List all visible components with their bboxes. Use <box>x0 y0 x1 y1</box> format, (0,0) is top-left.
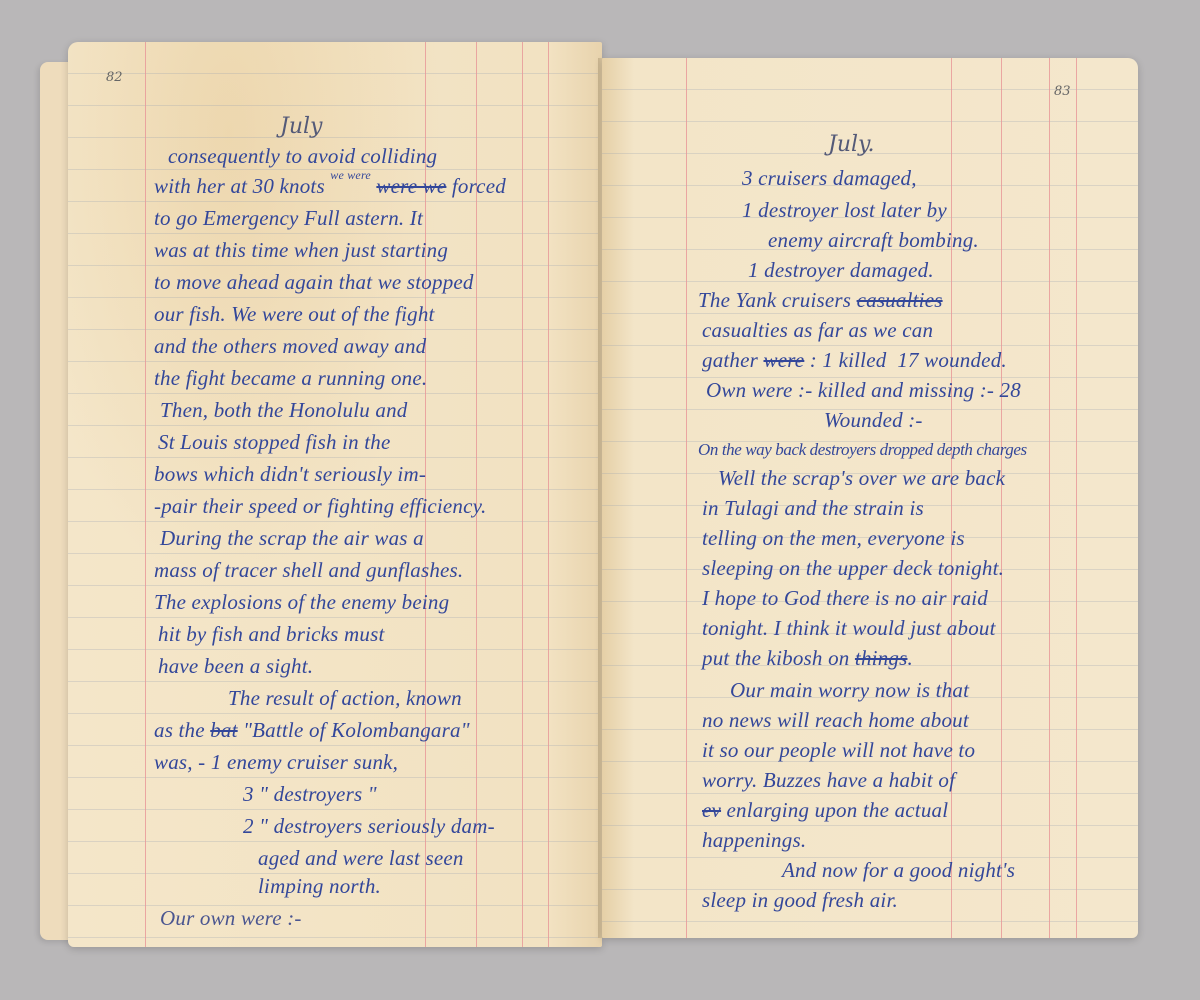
text-line: Our own were :- <box>160 902 302 934</box>
text-line: bows which didn't seriously im- <box>154 458 426 490</box>
text-line: Wounded :- <box>824 404 923 436</box>
text-line: enemy aircraft bombing. <box>768 224 979 256</box>
right-page: 83 July. 3 cruisers damaged, 1 destroyer… <box>602 58 1138 938</box>
column-rule <box>951 58 952 938</box>
text-line: -pair their speed or fighting efficiency… <box>154 490 486 522</box>
text-line: with her at 30 knots we were were we for… <box>154 170 506 205</box>
page-heading: July. <box>828 132 875 157</box>
text-line: St Louis stopped fish in the <box>158 426 391 458</box>
text-line: to go Emergency Full astern. It <box>154 202 423 234</box>
column-rule <box>522 42 523 947</box>
text-line: worry. Buzzes have a habit of <box>702 764 955 796</box>
text-line: The Yank cruisers casualties <box>698 284 943 316</box>
page-number: 83 <box>1054 84 1071 99</box>
text-line: sleeping on the upper deck tonight. <box>702 552 1004 584</box>
text-line: 2 " destroyers seriously dam- <box>243 810 495 842</box>
text-line: limping north. <box>258 870 381 902</box>
column-rule <box>548 42 549 947</box>
text-line: as the bat "Battle of Kolombangara" <box>154 714 470 746</box>
column-rule <box>1076 58 1077 938</box>
text-line: mass of tracer shell and gunflashes. <box>154 554 463 586</box>
text-line: Own were :- killed and missing :- 28 <box>706 374 1021 406</box>
margin-line <box>145 42 146 947</box>
text-line: Well the scrap's over we are back <box>718 462 1005 494</box>
text-line: 1 destroyer damaged. <box>748 254 934 286</box>
text-line: And now for a good night's <box>782 854 1015 886</box>
text-line: consequently to avoid colliding <box>168 140 437 172</box>
margin-line <box>686 58 687 938</box>
text-line: was at this time when just starting <box>154 234 448 266</box>
left-page: 82 July consequently to avoid colliding … <box>68 42 602 947</box>
page-heading: July <box>280 114 322 139</box>
text-line: 3 cruisers damaged, <box>742 162 917 194</box>
text-line: casualties as far as we can <box>702 314 933 346</box>
text-line: sleep in good fresh air. <box>702 884 898 916</box>
page-number: 82 <box>106 70 123 85</box>
column-rule <box>1001 58 1002 938</box>
text-line: and the others moved away and <box>154 330 426 362</box>
text-line: it so our people will not have to <box>702 734 975 766</box>
text-line: gather were : 1 killed 17 wounded. <box>702 344 1007 376</box>
text-line: happenings. <box>702 824 806 856</box>
text-line: tonight. I think it would just about <box>702 612 996 644</box>
text-line: no news will reach home about <box>702 704 969 736</box>
text-line: Our main worry now is that <box>730 674 969 706</box>
text-line: the fight became a running one. <box>154 362 427 394</box>
text-line: ev enlarging upon the actual <box>702 794 948 826</box>
text-line: 3 " destroyers " <box>243 778 377 810</box>
text-line: During the scrap the air was a <box>160 522 424 554</box>
text-line: in Tulagi and the strain is <box>702 492 924 524</box>
text-line: was, - 1 enemy cruiser sunk, <box>154 746 398 778</box>
column-rule <box>1049 58 1050 938</box>
text-line: I hope to God there is no air raid <box>702 582 988 614</box>
text-line: to move ahead again that we stopped <box>154 266 474 298</box>
text-line: have been a sight. <box>158 650 313 682</box>
text-line: put the kibosh on things. <box>702 642 913 674</box>
text-line: Then, both the Honolulu and <box>160 394 407 426</box>
text-line: hit by fish and bricks must <box>158 618 384 650</box>
text-line: 1 destroyer lost later by <box>742 194 947 226</box>
text-line: The explosions of the enemy being <box>154 586 449 618</box>
text-line: our fish. We were out of the fight <box>154 298 435 330</box>
text-line: The result of action, known <box>228 682 462 714</box>
text-line: telling on the men, everyone is <box>702 522 965 554</box>
